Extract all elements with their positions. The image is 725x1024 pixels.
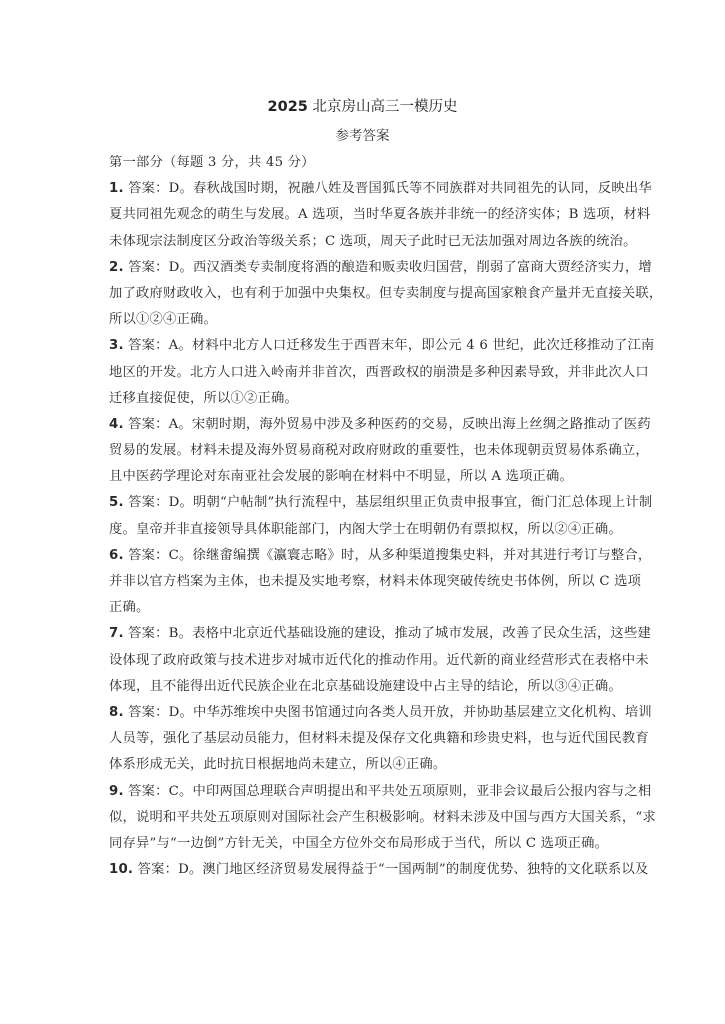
question-number: 7. xyxy=(109,626,124,641)
answer-text: 迁移直接促使，所以①②正确。 xyxy=(109,391,298,406)
answer-item-line: 正确。 xyxy=(109,595,617,621)
document-page: 2025 北京房山高三一模历史 参考答案 第一部分（每题 3 分，共 45 分）… xyxy=(0,0,725,1024)
answer-item-line: 且中医药学理论对东南亚社会发展的影响在材料中不明显，所以 A 选项正确。 xyxy=(109,464,617,490)
answer-item-line: 同存异”与“一边倒”方针无关，中国全方位外交布局形成于当代，所以 C 选项正确。 xyxy=(109,831,617,857)
answer-item-line: 夏共同祖先观念的萌生与发展。A 选项，当时华夏各族并非统一的经济实体；B 选项，… xyxy=(109,202,617,228)
section-heading: 第一部分（每题 3 分，共 45 分） xyxy=(109,150,617,176)
answer-item-start: 4. 答案：A。宋朝时期，海外贸易中涉及多种医药的交易，反映出海上丝绸之路推动了… xyxy=(109,412,617,438)
answer-text: 正确。 xyxy=(109,600,150,615)
answer-text: 答案：A。宋朝时期，海外贸易中涉及多种医药的交易，反映出海上丝绸之路推动了医药 xyxy=(124,417,651,432)
answer-item-line: 似，说明和平共处五项原则对国际社会产生积极影响。材料未涉及中国与西方大国关系，“… xyxy=(109,805,617,831)
question-number: 5. xyxy=(109,495,124,510)
question-number: 3. xyxy=(109,338,124,353)
answer-text: 体现，且不能得出近代民族企业在北京基础设施建设中占主导的结论，所以③④正确。 xyxy=(109,679,622,694)
question-number: 8. xyxy=(109,705,124,720)
question-number: 1. xyxy=(109,181,124,196)
answer-text: 答案：D。西汉酒类专卖制度将酒的酿造和贩卖收归国营，削弱了富商大贾经济实力，增 xyxy=(124,260,652,275)
answer-text: 答案：D。明朝“户帖制”执行流程中，基层组织里正负责申报事宜，衙门汇总体现上计制 xyxy=(124,495,653,510)
answer-text: 度。皇帝并非直接领导具体职能部门，内阁大学士在明朝仍有票拟权，所以②④正确。 xyxy=(109,522,622,537)
answer-item-line: 设体现了政府政策与技术进步对城市近代化的推动作用。近代新的商业经营形式在表格中未 xyxy=(109,648,617,674)
answer-text: 人员等，强化了基层动员能力，但材料未提及保存文化典籍和珍贵史料，也与近代国民教育 xyxy=(109,731,649,746)
answer-item-start: 2. 答案：D。西汉酒类专卖制度将酒的酿造和贩卖收归国营，削弱了富商大贾经济实力… xyxy=(109,255,617,281)
answer-text: 夏共同祖先观念的萌生与发展。A 选项，当时华夏各族并非统一的经济实体；B 选项，… xyxy=(109,207,651,222)
answer-text: 答案：C。中印两国总理联合声明提出和平共处五项原则，亚非会议最后公报内容与之相 xyxy=(124,784,652,799)
answer-item-line: 人员等，强化了基层动员能力，但材料未提及保存文化典籍和珍贵史料，也与近代国民教育 xyxy=(109,726,617,752)
answer-item-line: 度。皇帝并非直接领导具体职能部门，内阁大学士在明朝仍有票拟权，所以②④正确。 xyxy=(109,517,617,543)
answer-text: 并非以官方档案为主体，也未提及实地考察，材料未体现突破传统史书体例，所以 C 选… xyxy=(109,574,641,589)
question-number: 6. xyxy=(109,548,124,563)
answer-item-line: 地区的开发。北方人口进入岭南并非首次，西晋政权的崩溃是多种因素导致，并非此次人口 xyxy=(109,360,617,386)
answer-text: 所以①②④正确。 xyxy=(109,312,217,327)
question-number: 10. xyxy=(109,862,133,877)
answer-item-start: 6. 答案：C。徐继畬编撰《瀛寰志略》时，从多种渠道搜集史料，并对其进行考订与整… xyxy=(109,543,617,569)
answer-item-line: 迁移直接促使，所以①②正确。 xyxy=(109,386,617,412)
answer-item-start: 1. 答案：D。春秋战国时期，祝融八姓及晋国狐氏等不同族群对共同祖先的认同，反映… xyxy=(109,176,617,202)
question-number: 9. xyxy=(109,784,124,799)
title-year: 2025 xyxy=(268,99,308,115)
answer-item-line: 贸易的发展。材料未提及海外贸易商税对政府财政的重要性，也未体现朝贡贸易体系确立， xyxy=(109,438,617,464)
answer-item-line: 所以①②④正确。 xyxy=(109,307,617,333)
question-number: 2. xyxy=(109,260,124,275)
answer-text: 同存异”与“一边倒”方针无关，中国全方位外交布局形成于当代，所以 C 选项正确。 xyxy=(109,836,608,851)
answer-item-start: 9. 答案：C。中印两国总理联合声明提出和平共处五项原则，亚非会议最后公报内容与… xyxy=(109,779,617,805)
answer-item-line: 加了政府财政收入，也有利于加强中央集权。但专卖制度与提高国家粮食产量并无直接关联… xyxy=(109,281,617,307)
answer-item-start: 3. 答案：A。材料中北方人口迁移发生于西晋末年，即公元 4 6 世纪，此次迁移… xyxy=(109,333,617,359)
question-number: 4. xyxy=(109,417,124,432)
answer-text: 答案：C。徐继畬编撰《瀛寰志略》时，从多种渠道搜集史料，并对其进行考订与整合， xyxy=(124,548,652,563)
answer-text: 答案：D。中华苏维埃中央图书馆通过向各类人员开放，并协助基层建立文化机构、培训 xyxy=(124,705,652,720)
answer-item-start: 7. 答案：B。表格中北京近代基础设施的建设，推动了城市发展，改善了民众生活，这… xyxy=(109,621,617,647)
answer-text: 且中医药学理论对东南亚社会发展的影响在材料中不明显，所以 A 选项正确。 xyxy=(109,469,573,484)
answer-text: 答案：B。表格中北京近代基础设施的建设，推动了城市发展，改善了民众生活，这些建 xyxy=(124,626,651,641)
answer-text: 设体现了政府政策与技术进步对城市近代化的推动作用。近代新的商业经营形式在表格中未 xyxy=(109,653,649,668)
answer-text: 未体现宗法制度区分政治等级关系；C 选项，周天子此时已无法加强对周边各族的统治。 xyxy=(109,234,637,249)
answer-text: 答案：A。材料中北方人口迁移发生于西晋末年，即公元 4 6 世纪，此次迁移推动了… xyxy=(124,338,655,353)
answer-item-line: 未体现宗法制度区分政治等级关系；C 选项，周天子此时已无法加强对周边各族的统治。 xyxy=(109,229,617,255)
answer-text: 贸易的发展。材料未提及海外贸易商税对政府财政的重要性，也未体现朝贡贸易体系确立， xyxy=(109,443,649,458)
answer-text: 似，说明和平共处五项原则对国际社会产生积极影响。材料未涉及中国与西方大国关系，“… xyxy=(109,810,656,825)
answer-item-line: 体现，且不能得出近代民族企业在北京基础设施建设中占主导的结论，所以③④正确。 xyxy=(109,674,617,700)
title-text: 北京房山高三一模历史 xyxy=(308,99,458,115)
answer-text: 地区的开发。北方人口进入岭南并非首次，西晋政权的崩溃是多种因素导致，并非此次人口 xyxy=(109,365,649,380)
document-title: 2025 北京房山高三一模历史 xyxy=(0,97,725,117)
answer-text: 加了政府财政收入，也有利于加强中央集权。但专卖制度与提高国家粮食产量并无直接关联… xyxy=(109,286,662,301)
answer-item-line: 体系形成无关，此时抗日根据地尚未建立，所以④正确。 xyxy=(109,752,617,778)
answer-item-line: 并非以官方档案为主体，也未提及实地考察，材料未体现突破传统史书体例，所以 C 选… xyxy=(109,569,617,595)
answer-text: 答案：D。澳门地区经济贸易发展得益于“一国两制”的制度优势、独特的文化联系以及 xyxy=(133,862,648,877)
answer-content: 第一部分（每题 3 分，共 45 分） 1. 答案：D。春秋战国时期，祝融八姓及… xyxy=(109,150,617,883)
answer-text: 答案：D。春秋战国时期，祝融八姓及晋国狐氏等不同族群对共同祖先的认同，反映出华 xyxy=(124,181,652,196)
answer-item-start: 10. 答案：D。澳门地区经济贸易发展得益于“一国两制”的制度优势、独特的文化联… xyxy=(109,857,617,883)
document-subtitle: 参考答案 xyxy=(0,126,725,146)
answer-item-start: 5. 答案：D。明朝“户帖制”执行流程中，基层组织里正负责申报事宜，衙门汇总体现… xyxy=(109,490,617,516)
answer-item-start: 8. 答案：D。中华苏维埃中央图书馆通过向各类人员开放，并协助基层建立文化机构、… xyxy=(109,700,617,726)
answer-text: 体系形成无关，此时抗日根据地尚未建立，所以④正确。 xyxy=(109,757,446,772)
